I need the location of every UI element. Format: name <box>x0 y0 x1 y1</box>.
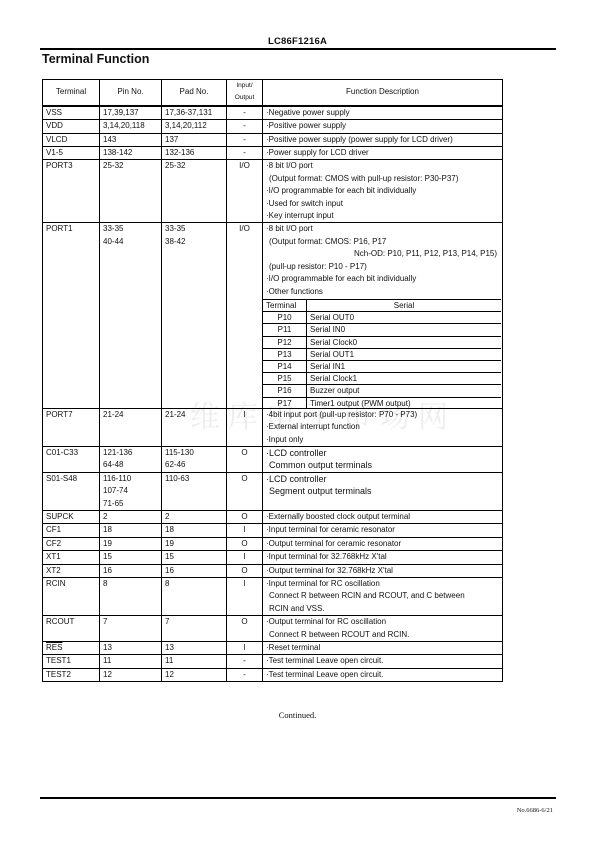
cell-function-description: ·LCD controller Segment output terminals <box>263 472 503 510</box>
cell-input-output: I <box>227 578 263 616</box>
subtable-header-row: TerminalSerial <box>263 299 501 311</box>
pad-line: 18 <box>165 524 223 536</box>
table-header-row: Terminal Pin No. Pad No. Input/ Output F… <box>43 80 503 106</box>
description-line: Connect R between RCIN and RCOUT, and C … <box>266 590 499 602</box>
pin-line: 21-24 <box>103 409 158 421</box>
table-row: V1-5138-142132-136-·Power supply for LCD… <box>43 147 503 160</box>
pad-line: 115-130 <box>165 447 223 459</box>
cell-function-description: ·Test terminal Leave open circuit. <box>263 655 503 668</box>
description-line: ·Test terminal Leave open circuit. <box>266 669 499 681</box>
description-line: ·External interrupt function <box>266 421 499 433</box>
cell-terminal: RCIN <box>43 578 100 616</box>
cell-function-description: ·8 bit I/O port (Output format: CMOS: P1… <box>263 223 503 408</box>
cell-input-output: I <box>227 642 263 655</box>
pad-line: 8 <box>165 578 223 590</box>
pad-line: 16 <box>165 565 223 577</box>
pin-line: 121-136 <box>103 447 158 459</box>
cell-pad-no: 33-3538-42 <box>162 223 227 408</box>
description-line: ·Key interrupt input <box>266 210 499 222</box>
cell-pin-no: 12 <box>100 668 162 681</box>
pad-line: 25-32 <box>165 160 223 172</box>
cell-terminal: RCOUT <box>43 616 100 642</box>
description-line: ·Output terminal for RC oscillation <box>266 616 499 628</box>
footer-rule <box>40 797 556 799</box>
pin-line: 64-48 <box>103 459 158 471</box>
description-line: ·LCD controller <box>266 473 499 485</box>
cell-terminal: XT2 <box>43 564 100 577</box>
cell-input-output: O <box>227 564 263 577</box>
cell-function-description: ·Positive power supply <box>263 120 503 133</box>
subtable-cell-terminal: P17 <box>263 397 307 409</box>
pin-line: 18 <box>103 524 158 536</box>
table-row: SUPCK22O·Externally boosted clock output… <box>43 510 503 523</box>
subtable-cell-function: Serial IN0 <box>307 324 502 336</box>
pin-line: 12 <box>103 669 158 681</box>
cell-pin-no: 8 <box>100 578 162 616</box>
section-title: Terminal Function <box>42 52 149 66</box>
subtable-cell-function: Serial Clock1 <box>307 373 502 385</box>
cell-terminal: RES <box>43 642 100 655</box>
cell-pin-no: 19 <box>100 537 162 550</box>
description-line: ·Power supply for LCD driver <box>266 147 499 159</box>
pad-line: 17,36-37,131 <box>165 107 223 119</box>
cell-function-description: ·Externally boosted clock output termina… <box>263 510 503 523</box>
subtable-cell-function: Serial IN1 <box>307 360 502 372</box>
cell-pin-no: 15 <box>100 551 162 564</box>
table-row: VSS17,39,13717,36-37,131-·Negative power… <box>43 106 503 120</box>
description-line: ·LCD controller <box>266 447 499 459</box>
cell-pad-no: 18 <box>162 524 227 537</box>
description-line: ·Positive power supply (power supply for… <box>266 134 499 146</box>
pin-line: 71-65 <box>103 498 158 510</box>
cell-pin-no: 16 <box>100 564 162 577</box>
table-row: CF21919O·Output terminal for ceramic res… <box>43 537 503 550</box>
subtable-cell-terminal: P14 <box>263 360 307 372</box>
cell-pin-no: 17,39,137 <box>100 106 162 120</box>
header-input-output: Input/ Output <box>227 80 263 106</box>
cell-pad-no: 7 <box>162 616 227 642</box>
table-row: C01-C33121-13664-48115-13062-46O·LCD con… <box>43 446 503 472</box>
cell-pin-no: 3,14,20,118 <box>100 120 162 133</box>
cell-input-output: O <box>227 537 263 550</box>
pad-line: 62-46 <box>165 459 223 471</box>
cell-pin-no: 2 <box>100 510 162 523</box>
description-line: Connect R between RCOUT and RCIN. <box>266 629 499 641</box>
cell-terminal: V1-5 <box>43 147 100 160</box>
cell-terminal: TEST1 <box>43 655 100 668</box>
cell-terminal: S01-S48 <box>43 472 100 510</box>
cell-input-output: - <box>227 106 263 120</box>
subtable-cell-terminal: P12 <box>263 336 307 348</box>
cell-terminal: SUPCK <box>43 510 100 523</box>
header-function-description: Function Description <box>263 80 503 106</box>
description-line: ·Reset terminal <box>266 642 499 654</box>
table-row: RCOUT77O·Output terminal for RC oscillat… <box>43 616 503 642</box>
cell-function-description: ·Output terminal for ceramic resonator <box>263 537 503 550</box>
pad-line: 7 <box>165 616 223 628</box>
subtable-cell-function: Buzzer output <box>307 385 502 397</box>
pin-line: 19 <box>103 538 158 550</box>
pin-line: 40-44 <box>103 236 158 248</box>
cell-pad-no: 25-32 <box>162 160 227 223</box>
table-row: RES1313I·Reset terminal <box>43 642 503 655</box>
cell-pin-no: 11 <box>100 655 162 668</box>
subtable-row: P10Serial OUT0 <box>263 312 501 324</box>
cell-terminal: VLCD <box>43 133 100 146</box>
subtable-cell-function: Serial Clock0 <box>307 336 502 348</box>
cell-input-output: O <box>227 472 263 510</box>
description-line: ·Externally boosted clock output termina… <box>266 511 499 523</box>
subtable-row: P17Timer1 output (PWM output) <box>263 397 501 409</box>
cell-input-output: O <box>227 616 263 642</box>
description-line: ·Test terminal Leave open circuit. <box>266 655 499 667</box>
cell-pad-no: 12 <box>162 668 227 681</box>
header-pin-no: Pin No. <box>100 80 162 106</box>
cell-terminal: VDD <box>43 120 100 133</box>
description-line: ·Input only <box>266 434 499 446</box>
description-line: Nch-OD: P10, P11, P12, P13, P14, P15) <box>266 248 499 260</box>
cell-function-description: ·4bit input port (pull-up resistor: P70 … <box>263 408 503 446</box>
pin-line: 3,14,20,118 <box>103 120 158 132</box>
description-line: ·Used for switch input <box>266 198 499 210</box>
pad-line: 132-136 <box>165 147 223 159</box>
cell-input-output: I <box>227 408 263 446</box>
subtable-cell-function: Serial OUT0 <box>307 312 502 324</box>
document-part-number: LC86F1216A <box>0 36 595 47</box>
subtable-row: P15Serial Clock1 <box>263 373 501 385</box>
terminal-function-table: Terminal Pin No. Pad No. Input/ Output F… <box>42 79 503 682</box>
description-line: ·8 bit I/O port <box>266 160 499 172</box>
subtable-row: P12Serial Clock0 <box>263 336 501 348</box>
pin-line: 2 <box>103 511 158 523</box>
pin-line: 8 <box>103 578 158 590</box>
subtable-row: P13Serial OUT1 <box>263 348 501 360</box>
header-io-line2: Output <box>230 92 259 104</box>
subtable-cell-terminal: P10 <box>263 312 307 324</box>
table-row: PORT133-3540-4433-3538-42I/O·8 bit I/O p… <box>43 223 503 408</box>
page-number: No.6686-6/21 <box>517 807 553 814</box>
pad-line: 21-24 <box>165 409 223 421</box>
cell-terminal: C01-C33 <box>43 446 100 472</box>
cell-function-description: ·Output terminal for RC oscillation Conn… <box>263 616 503 642</box>
cell-function-description: ·Test terminal Leave open circuit. <box>263 668 503 681</box>
pad-line: 2 <box>165 511 223 523</box>
description-line: RCIN and VSS. <box>266 603 499 615</box>
pin-line: 13 <box>103 642 158 654</box>
cell-input-output: I <box>227 551 263 564</box>
subtable-row: P11Serial IN0 <box>263 324 501 336</box>
cell-function-description: ·Positive power supply (power supply for… <box>263 133 503 146</box>
pad-line: 19 <box>165 538 223 550</box>
cell-pad-no: 19 <box>162 537 227 550</box>
description-line: ·Input terminal for 32.768kHz X'tal <box>266 551 499 563</box>
cell-pin-no: 138-142 <box>100 147 162 160</box>
cell-terminal: VSS <box>43 106 100 120</box>
subtable-header-terminal: Terminal <box>263 299 307 311</box>
cell-pin-no: 116-110107-7471-65 <box>100 472 162 510</box>
pad-line: 13 <box>165 642 223 654</box>
pad-line: 38-42 <box>165 236 223 248</box>
cell-pad-no: 110-63 <box>162 472 227 510</box>
cell-input-output: O <box>227 446 263 472</box>
description-line: ·Output terminal for ceramic resonator <box>266 538 499 550</box>
pin-line: 33-35 <box>103 223 158 235</box>
description-line: ·Positive power supply <box>266 120 499 132</box>
description-line: Segment output terminals <box>266 485 499 497</box>
cell-terminal: CF2 <box>43 537 100 550</box>
table-row: XT11515I·Input terminal for 32.768kHz X'… <box>43 551 503 564</box>
cell-function-description: ·Power supply for LCD driver <box>263 147 503 160</box>
cell-input-output: I/O <box>227 223 263 408</box>
table-row: VDD3,14,20,1183,14,20,112-·Positive powe… <box>43 120 503 133</box>
header-io-line1: Input/ <box>230 80 259 92</box>
cell-pin-no: 7 <box>100 616 162 642</box>
cell-input-output: - <box>227 668 263 681</box>
description-line: (Output format: CMOS with pull-up resist… <box>266 173 499 185</box>
cell-function-description: ·8 bit I/O port (Output format: CMOS wit… <box>263 160 503 223</box>
pin-line: 17,39,137 <box>103 107 158 119</box>
cell-pad-no: 115-13062-46 <box>162 446 227 472</box>
cell-input-output: - <box>227 655 263 668</box>
cell-pin-no: 21-24 <box>100 408 162 446</box>
pad-line: 12 <box>165 669 223 681</box>
cell-pin-no: 121-13664-48 <box>100 446 162 472</box>
pin-line: 116-110 <box>103 473 158 485</box>
cell-input-output: I <box>227 524 263 537</box>
cell-function-description: ·Output terminal for 32.768kHz X'tal <box>263 564 503 577</box>
cell-terminal: PORT7 <box>43 408 100 446</box>
table-row: TEST21212-·Test terminal Leave open circ… <box>43 668 503 681</box>
pad-line: 110-63 <box>165 473 223 485</box>
description-line: ·Input terminal for RC oscillation <box>266 578 499 590</box>
table-row: PORT721-2421-24I·4bit input port (pull-u… <box>43 408 503 446</box>
subtable-cell-function: Timer1 output (PWM output) <box>307 397 502 409</box>
subtable-cell-terminal: P15 <box>263 373 307 385</box>
subtable-cell-terminal: P13 <box>263 348 307 360</box>
description-line: ·Output terminal for 32.768kHz X'tal <box>266 565 499 577</box>
cell-terminal: CF1 <box>43 524 100 537</box>
pin-line: 25-32 <box>103 160 158 172</box>
cell-pad-no: 3,14,20,112 <box>162 120 227 133</box>
cell-pin-no: 33-3540-44 <box>100 223 162 408</box>
cell-pad-no: 17,36-37,131 <box>162 106 227 120</box>
description-line: ·I/O programmable for each bit individua… <box>266 273 499 285</box>
subtable-row: P14Serial IN1 <box>263 360 501 372</box>
description-line: Common output terminals <box>266 459 499 471</box>
description-line: ·8 bit I/O port <box>266 223 499 235</box>
header-terminal: Terminal <box>43 80 100 106</box>
cell-function-description: ·Negative power supply <box>263 106 503 120</box>
cell-terminal: TEST2 <box>43 668 100 681</box>
cell-terminal: PORT3 <box>43 160 100 223</box>
cell-pin-no: 143 <box>100 133 162 146</box>
description-line: (Output format: CMOS: P16, P17 <box>266 236 499 248</box>
cell-input-output: I/O <box>227 160 263 223</box>
table-row: PORT325-3225-32I/O·8 bit I/O port (Outpu… <box>43 160 503 223</box>
pin-line: 107-74 <box>103 485 158 497</box>
pin-line: 7 <box>103 616 158 628</box>
cell-terminal: XT1 <box>43 551 100 564</box>
cell-pad-no: 16 <box>162 564 227 577</box>
subtable-cell-function: Serial OUT1 <box>307 348 502 360</box>
pin-line: 143 <box>103 134 158 146</box>
cell-pad-no: 132-136 <box>162 147 227 160</box>
cell-pin-no: 18 <box>100 524 162 537</box>
subtable-header-serial: Serial <box>307 299 502 311</box>
cell-function-description: ·Input terminal for ceramic resonator <box>263 524 503 537</box>
cell-pin-no: 13 <box>100 642 162 655</box>
description-line: ·I/O programmable for each bit individua… <box>266 185 499 197</box>
cell-function-description: ·LCD controller Common output terminals <box>263 446 503 472</box>
cell-input-output: O <box>227 510 263 523</box>
table-row: CF11818I·Input terminal for ceramic reso… <box>43 524 503 537</box>
table-row: VLCD143137-·Positive power supply (power… <box>43 133 503 146</box>
cell-input-output: - <box>227 133 263 146</box>
table-row: S01-S48116-110107-7471-65110-63O·LCD con… <box>43 472 503 510</box>
pin-line: 16 <box>103 565 158 577</box>
description-line: ·4bit input port (pull-up resistor: P70 … <box>266 409 499 421</box>
pad-line: 3,14,20,112 <box>165 120 223 132</box>
pin-line: 15 <box>103 551 158 563</box>
cell-function-description: ·Input terminal for 32.768kHz X'tal <box>263 551 503 564</box>
table-row: RCIN88I·Input terminal for RC oscillatio… <box>43 578 503 616</box>
cell-pin-no: 25-32 <box>100 160 162 223</box>
subtable-cell-terminal: P16 <box>263 385 307 397</box>
header-rule <box>40 48 556 50</box>
cell-function-description: ·Reset terminal <box>263 642 503 655</box>
continued-note: Continued. <box>0 710 595 720</box>
description-line: (pull-up resistor: P10 - P17) <box>266 261 499 273</box>
cell-pad-no: 15 <box>162 551 227 564</box>
description-line: ·Other functions <box>266 286 499 298</box>
other-functions-subtable: TerminalSerialP10Serial OUT0P11Serial IN… <box>263 299 501 409</box>
subtable-cell-terminal: P11 <box>263 324 307 336</box>
cell-input-output: - <box>227 147 263 160</box>
cell-pad-no: 8 <box>162 578 227 616</box>
description-line: ·Input terminal for ceramic resonator <box>266 524 499 536</box>
cell-pad-no: 21-24 <box>162 408 227 446</box>
table-body: VSS17,39,13717,36-37,131-·Negative power… <box>43 106 503 682</box>
cell-pad-no: 2 <box>162 510 227 523</box>
pin-line: 138-142 <box>103 147 158 159</box>
spacer <box>266 498 499 510</box>
cell-function-description: ·Input terminal for RC oscillation Conne… <box>263 578 503 616</box>
subtable-row: P16Buzzer output <box>263 385 501 397</box>
cell-pad-no: 137 <box>162 133 227 146</box>
cell-pad-no: 13 <box>162 642 227 655</box>
table-row: XT21616O·Output terminal for 32.768kHz X… <box>43 564 503 577</box>
table-row: TEST11111-·Test terminal Leave open circ… <box>43 655 503 668</box>
pad-line: 137 <box>165 134 223 146</box>
pin-line: 11 <box>103 655 158 667</box>
cell-input-output: - <box>227 120 263 133</box>
cell-terminal: PORT1 <box>43 223 100 408</box>
description-line: ·Negative power supply <box>266 107 499 119</box>
pad-line: 33-35 <box>165 223 223 235</box>
pad-line: 11 <box>165 655 223 667</box>
cell-pad-no: 11 <box>162 655 227 668</box>
pad-line: 15 <box>165 551 223 563</box>
header-pad-no: Pad No. <box>162 80 227 106</box>
